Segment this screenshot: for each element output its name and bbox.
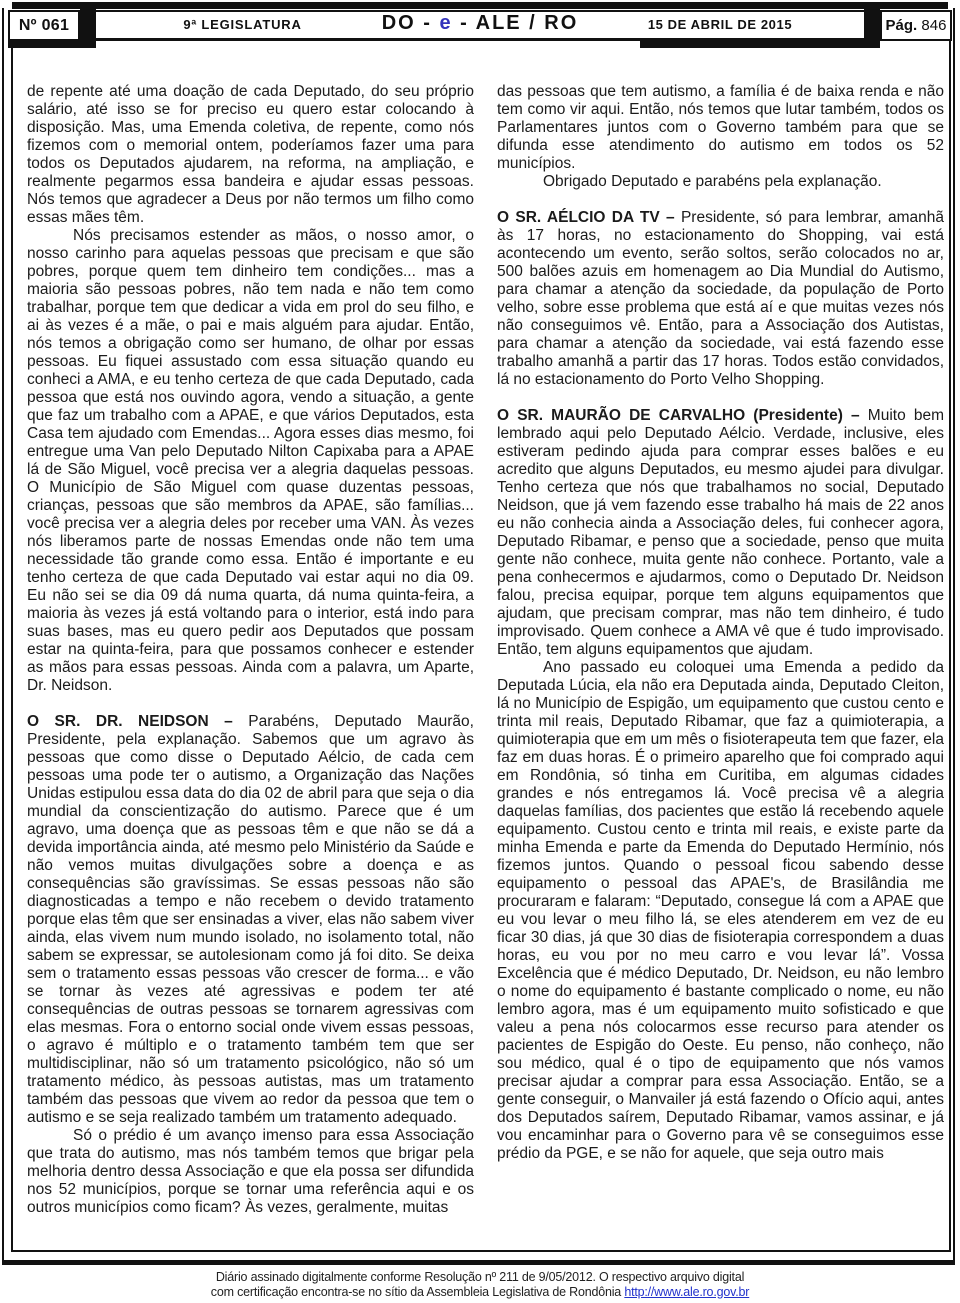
header-right-shadow-bar — [640, 40, 864, 48]
text-column-right: das pessoas que tem autismo, a família é… — [497, 83, 944, 1246]
speech-maurao-de-carvalho: O SR. MAURÃO DE CARVALHO (Presidente) – … — [497, 407, 944, 659]
paragraph-body: Ano passado eu coloquei uma Emenda a ped… — [497, 659, 944, 1163]
header-right-thick-bar — [864, 2, 880, 48]
legislature-label: 9ª LEGISLATURA — [160, 17, 325, 32]
journal-title-left: DO - — [382, 12, 440, 34]
header-left-shadow-bar — [8, 40, 96, 48]
journal-title-right: - ALE / RO — [453, 12, 579, 34]
speaker-name: O SR. DR. NEIDSON – — [27, 713, 248, 730]
footer-line2: com certificação encontra-se no sítio da… — [0, 1285, 960, 1300]
footer-line1: Diário assinado digitalmente conforme Re… — [0, 1270, 960, 1285]
paragraph-body: Só o prédio é um avanço imenso para essa… — [27, 1127, 474, 1217]
page-number: 846 — [921, 17, 946, 34]
paragraph-continuation: das pessoas que tem autismo, a família é… — [497, 83, 944, 173]
footer: Diário assinado digitalmente conforme Re… — [0, 1270, 960, 1299]
paragraph-body: Obrigado Deputado e parabéns pela explan… — [497, 173, 944, 191]
paragraph-body: Nós precisamos estender as mãos, o nosso… — [27, 227, 474, 695]
footer-line2-text: com certificação encontra-se no sítio da… — [211, 1285, 625, 1299]
speech-dr-neidson: O SR. DR. NEIDSON – Parabéns, Deputado M… — [27, 713, 474, 1127]
speaker-name: O SR. AÉLCIO DA TV – — [497, 209, 681, 226]
header-top-bar — [12, 2, 948, 9]
ale-website-link[interactable]: http://www.ale.ro.gov.br — [624, 1285, 749, 1299]
journal-title-e: e — [439, 12, 452, 34]
edition-date: 15 DE ABRIL DE 2015 — [635, 17, 805, 32]
issue-number: Nº 061 — [19, 17, 69, 35]
issue-number-box: Nº 061 — [8, 10, 80, 41]
speech-aelcio-da-tv: O SR. AÉLCIO DA TV – Presidente, só para… — [497, 209, 944, 389]
page-number-box: Pág. 846 — [880, 10, 952, 41]
text-column-left: de repente até uma doação de cada Deputa… — [27, 83, 474, 1246]
journal-title: DO - e - ALE / RO — [360, 12, 600, 35]
page-label: Pág. — [886, 17, 918, 34]
paragraph-continuation: de repente até uma doação de cada Deputa… — [27, 83, 474, 227]
speaker-name: O SR. MAURÃO DE CARVALHO (Presidente) – — [497, 407, 868, 424]
